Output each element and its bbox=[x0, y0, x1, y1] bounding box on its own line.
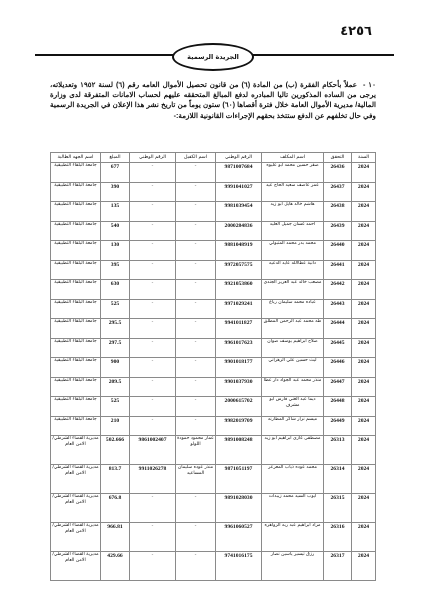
entitlement-cell: 26315 bbox=[324, 494, 352, 523]
year-cell: 2024 bbox=[352, 202, 376, 222]
col-header-year: السنة bbox=[352, 153, 376, 163]
year-cell: 2024 bbox=[352, 299, 376, 319]
year-cell: 2024 bbox=[352, 436, 376, 465]
entitlement-cell: 26436 bbox=[324, 163, 352, 183]
year-cell: 2024 bbox=[352, 182, 376, 202]
table-row: 202426316مراد ابراهيم عبد ربه الزواهره99… bbox=[51, 523, 376, 552]
debtor-name-cell: رزق تيسير ياسين نصار bbox=[262, 552, 324, 581]
year-cell: 2024 bbox=[352, 523, 376, 552]
guarantor-name-cell: منذر عوده سليمان المساعيد bbox=[176, 465, 216, 494]
debtor-name-cell: منذر محمد عبد الجواد دار عطا bbox=[262, 377, 324, 397]
amount-cell: 390 bbox=[101, 182, 130, 202]
entitlement-cell: 26449 bbox=[324, 416, 352, 436]
debtor-name-cell: صقر حسين محمد ابو عليوه bbox=[262, 163, 324, 183]
amount-cell: 210 bbox=[101, 416, 130, 436]
table-row: 202426444طه محمد عبد الرحمن المطلق994101… bbox=[51, 319, 376, 339]
guarantor-name-cell: - bbox=[176, 221, 216, 241]
guarantor-name-cell: - bbox=[176, 299, 216, 319]
debtor-name-cell: احمد غسان جميل العليد bbox=[262, 221, 324, 241]
national-id-cell: 9971029241 bbox=[216, 299, 262, 319]
year-cell: 2024 bbox=[352, 416, 376, 436]
debtor-name-cell: محمد بدر محمد المتبولي bbox=[262, 241, 324, 261]
national-id-cell: 9901037930 bbox=[216, 377, 262, 397]
entitlement-cell: 26317 bbox=[324, 552, 352, 581]
debtor-name-cell: طه محمد عبد الرحمن المطلق bbox=[262, 319, 324, 339]
guarantor-name-cell: - bbox=[176, 397, 216, 417]
col-header-entitlement: التحقق bbox=[324, 153, 352, 163]
national-id-cell: 9881048919 bbox=[216, 241, 262, 261]
claimant-agency-cell: جامعة البلقاء التطبيقية bbox=[51, 241, 101, 261]
entitlement-cell: 26440 bbox=[324, 241, 352, 261]
claimant-agency-cell: مديرية القضاء الشرطي/الامن العام bbox=[51, 523, 101, 552]
debtor-name-cell: محمد عوده ذياب المعرعر bbox=[262, 465, 324, 494]
claimant-agency-cell: جامعة البلقاء التطبيقية bbox=[51, 260, 101, 280]
national-id-cell: 9981039454 bbox=[216, 202, 262, 222]
table-row: 202426436صقر حسين محمد ابو عليوه98710076… bbox=[51, 163, 376, 183]
guarantor-national-id-cell: 9861002407 bbox=[130, 436, 176, 465]
claimant-agency-cell: جامعة البلقاء التطبيقية bbox=[51, 280, 101, 300]
amount-cell: 429.66 bbox=[101, 552, 130, 581]
guarantor-national-id-cell: - bbox=[130, 299, 176, 319]
amount-cell: 813.7 bbox=[101, 465, 130, 494]
debtor-name-cell: عباده محمد سليمان رباع bbox=[262, 299, 324, 319]
entitlement-cell: 26446 bbox=[324, 358, 352, 378]
guarantor-name-cell: - bbox=[176, 202, 216, 222]
year-cell: 2024 bbox=[352, 260, 376, 280]
guarantor-national-id-cell: - bbox=[130, 338, 176, 358]
claimant-agency-cell: جامعة البلقاء التطبيقية bbox=[51, 377, 101, 397]
national-id-cell: 9921053860 bbox=[216, 280, 262, 300]
table-row: 202426439احمد غسان جميل العليد2000284836… bbox=[51, 221, 376, 241]
debtor-name-cell: هاشم خالد هايل ابو زيد bbox=[262, 202, 324, 222]
debtor-name-cell: ليث حسين علي الزهراني bbox=[262, 358, 324, 378]
national-id-cell: 9891008248 bbox=[216, 436, 262, 465]
table-row: 202426438هاشم خالد هايل ابو زيد998103945… bbox=[51, 202, 376, 222]
page-number: ٤٢٥٦ bbox=[340, 24, 372, 39]
claimant-agency-cell: جامعة البلقاء التطبيقية bbox=[51, 182, 101, 202]
year-cell: 2024 bbox=[352, 163, 376, 183]
guarantor-national-id-cell: - bbox=[130, 397, 176, 417]
guarantor-national-id-cell: - bbox=[130, 202, 176, 222]
year-cell: 2024 bbox=[352, 319, 376, 339]
guarantor-national-id-cell: - bbox=[130, 280, 176, 300]
claimant-agency-cell: مديرية القضاء الشرطي/الامن العام bbox=[51, 494, 101, 523]
national-id-cell: 9972057575 bbox=[216, 260, 262, 280]
table-row: 202426443عباده محمد سليمان رباع997102924… bbox=[51, 299, 376, 319]
debtor-name-cell: ديما عبد الغني فارس ابو مشرف bbox=[262, 397, 324, 417]
amount-cell: 900 bbox=[101, 358, 130, 378]
claimant-agency-cell: جامعة البلقاء التطبيقية bbox=[51, 416, 101, 436]
guarantor-national-id-cell: - bbox=[130, 523, 176, 552]
amount-cell: 502.666 bbox=[101, 436, 130, 465]
guarantor-name-cell: - bbox=[176, 338, 216, 358]
notice-item-number: ١٠ - bbox=[363, 80, 376, 89]
guarantor-name-cell: - bbox=[176, 494, 216, 523]
amount-cell: 395 bbox=[101, 260, 130, 280]
claimant-agency-cell: جامعة البلقاء التطبيقية bbox=[51, 358, 101, 378]
table-row: 202426314محمد عوده ذياب المعرعر987105119… bbox=[51, 465, 376, 494]
amount-cell: 525 bbox=[101, 299, 130, 319]
table-row: 202426441دانية عطاالله عايد الدعيه997205… bbox=[51, 260, 376, 280]
guarantor-national-id-cell: - bbox=[130, 377, 176, 397]
entitlement-cell: 26444 bbox=[324, 319, 352, 339]
guarantor-national-id-cell: - bbox=[130, 552, 176, 581]
col-header-national-id: الرقم الوطني bbox=[216, 153, 262, 163]
amount-cell: 677 bbox=[101, 163, 130, 183]
guarantor-name-cell: - bbox=[176, 552, 216, 581]
entitlement-cell: 26316 bbox=[324, 523, 352, 552]
gazette-title: الجريدة الرسمية bbox=[187, 53, 239, 61]
table-row: 202426315ايوب السيد محمد زيبدات989102803… bbox=[51, 494, 376, 523]
national-id-cell: 2000284836 bbox=[216, 221, 262, 241]
guarantor-national-id-cell: - bbox=[130, 241, 176, 261]
year-cell: 2024 bbox=[352, 338, 376, 358]
national-id-cell: 9961017623 bbox=[216, 338, 262, 358]
amount-cell: 630 bbox=[101, 280, 130, 300]
notice-text: عملاً بأحكام الفقرة (ب) من المادة (٦) من… bbox=[50, 80, 376, 120]
table-row: 202426442مصعب خالد عبد العزيز الجندي9921… bbox=[51, 280, 376, 300]
guarantor-name-cell: عمار محمود حمودة اللولو bbox=[176, 436, 216, 465]
guarantor-name-cell: - bbox=[176, 377, 216, 397]
entitlement-cell: 26447 bbox=[324, 377, 352, 397]
debtors-table: السنة التحقق اسم المكلف الرقم الوطني اسم… bbox=[50, 152, 376, 581]
debtor-name-cell: مصعب خالد عبد العزيز الجندي bbox=[262, 280, 324, 300]
amount-cell: 130 bbox=[101, 241, 130, 261]
claimant-agency-cell: جامعة البلقاء التطبيقية bbox=[51, 397, 101, 417]
entitlement-cell: 26313 bbox=[324, 436, 352, 465]
amount-cell: 540 bbox=[101, 221, 130, 241]
amount-cell: 297.5 bbox=[101, 338, 130, 358]
national-id-cell: 9941011827 bbox=[216, 319, 262, 339]
guarantor-national-id-cell: - bbox=[130, 416, 176, 436]
amount-cell: 676.8 bbox=[101, 494, 130, 523]
guarantor-name-cell: - bbox=[176, 280, 216, 300]
claimant-agency-cell: مديرية القضاء الشرطي/الامن العام bbox=[51, 465, 101, 494]
guarantor-name-cell: - bbox=[176, 182, 216, 202]
entitlement-cell: 26442 bbox=[324, 280, 352, 300]
guarantor-national-id-cell: - bbox=[130, 221, 176, 241]
claimant-agency-cell: جامعة البلقاء التطبيقية bbox=[51, 221, 101, 241]
table-row: 202426317رزق تيسير ياسين نصار9741016175-… bbox=[51, 552, 376, 581]
table-row: 202426448ديما عبد الغني فارس ابو مشرف200… bbox=[51, 397, 376, 417]
year-cell: 2024 bbox=[352, 397, 376, 417]
debtor-name-cell: مراد ابراهيم عبد ربه الزواهره bbox=[262, 523, 324, 552]
entitlement-cell: 26437 bbox=[324, 182, 352, 202]
claimant-agency-cell: جامعة البلقاء التطبيقية bbox=[51, 202, 101, 222]
year-cell: 2024 bbox=[352, 358, 376, 378]
guarantor-national-id-cell: - bbox=[130, 182, 176, 202]
table-row: 202426449ميسم نزار شاكر المطارنه99820197… bbox=[51, 416, 376, 436]
debtor-name-cell: مصطفى غازي ابراهيم ابو زيد bbox=[262, 436, 324, 465]
year-cell: 2024 bbox=[352, 552, 376, 581]
claimant-agency-cell: جامعة البلقاء التطبيقية bbox=[51, 163, 101, 183]
year-cell: 2024 bbox=[352, 494, 376, 523]
year-cell: 2024 bbox=[352, 241, 376, 261]
year-cell: 2024 bbox=[352, 377, 376, 397]
table-row: 202426440محمد بدر محمد المتبولي988104891… bbox=[51, 241, 376, 261]
amount-cell: 295.5 bbox=[101, 319, 130, 339]
notice-paragraph: ١٠ - عملاً بأحكام الفقرة (ب) من المادة (… bbox=[50, 80, 376, 121]
debtor-name-cell: عمر عاصف سعيد الحاج عيد bbox=[262, 182, 324, 202]
table-row: 202426445صلاح ابراهيم يوسف صوان996101762… bbox=[51, 338, 376, 358]
guarantor-national-id-cell: - bbox=[130, 163, 176, 183]
national-id-cell: 9871007684 bbox=[216, 163, 262, 183]
guarantor-name-cell: - bbox=[176, 358, 216, 378]
col-header-amount: المبلغ bbox=[101, 153, 130, 163]
guarantor-name-cell: - bbox=[176, 523, 216, 552]
table-row: 202426437عمر عاصف سعيد الحاج عيد99910410… bbox=[51, 182, 376, 202]
debtor-name-cell: دانية عطاالله عايد الدعيه bbox=[262, 260, 324, 280]
guarantor-national-id-cell: - bbox=[130, 319, 176, 339]
debtor-name-cell: ميسم نزار شاكر المطارنه bbox=[262, 416, 324, 436]
guarantor-name-cell: - bbox=[176, 319, 216, 339]
year-cell: 2024 bbox=[352, 465, 376, 494]
debtor-name-cell: ايوب السيد محمد زيبدات bbox=[262, 494, 324, 523]
national-id-cell: 9891028030 bbox=[216, 494, 262, 523]
national-id-cell: 9961060527 bbox=[216, 523, 262, 552]
claimant-agency-cell: جامعة البلقاء التطبيقية bbox=[51, 319, 101, 339]
table-row: 202426446ليث حسين علي الزهراني9901018177… bbox=[51, 358, 376, 378]
amount-cell: 966.81 bbox=[101, 523, 130, 552]
guarantor-national-id-cell: - bbox=[130, 494, 176, 523]
national-id-cell: 9741016175 bbox=[216, 552, 262, 581]
year-cell: 2024 bbox=[352, 221, 376, 241]
year-cell: 2024 bbox=[352, 280, 376, 300]
guarantor-national-id-cell: - bbox=[130, 260, 176, 280]
national-id-cell: 2000615702 bbox=[216, 397, 262, 417]
gazette-title-oval: الجريدة الرسمية bbox=[172, 43, 254, 71]
guarantor-national-id-cell: 9911026278 bbox=[130, 465, 176, 494]
national-id-cell: 9982019709 bbox=[216, 416, 262, 436]
entitlement-cell: 26314 bbox=[324, 465, 352, 494]
claimant-agency-cell: جامعة البلقاء التطبيقية bbox=[51, 299, 101, 319]
table-body: 202426436صقر حسين محمد ابو عليوه98710076… bbox=[51, 163, 376, 581]
guarantor-name-cell: - bbox=[176, 163, 216, 183]
col-header-debtor-name: اسم المكلف bbox=[262, 153, 324, 163]
table-header-row: السنة التحقق اسم المكلف الرقم الوطني اسم… bbox=[51, 153, 376, 163]
claimant-agency-cell: جامعة البلقاء التطبيقية bbox=[51, 338, 101, 358]
entitlement-cell: 26438 bbox=[324, 202, 352, 222]
amount-cell: 525 bbox=[101, 397, 130, 417]
entitlement-cell: 26439 bbox=[324, 221, 352, 241]
entitlement-cell: 26445 bbox=[324, 338, 352, 358]
entitlement-cell: 26448 bbox=[324, 397, 352, 417]
table-row: 202426447منذر محمد عبد الجواد دار عطا990… bbox=[51, 377, 376, 397]
amount-cell: 135 bbox=[101, 202, 130, 222]
claimant-agency-cell: مديرية القضاء الشرطي/الامن العام bbox=[51, 436, 101, 465]
guarantor-name-cell: - bbox=[176, 241, 216, 261]
debtor-name-cell: صلاح ابراهيم يوسف صوان bbox=[262, 338, 324, 358]
entitlement-cell: 26443 bbox=[324, 299, 352, 319]
col-header-claimant-agency: اسم الجهه الطالبة bbox=[51, 153, 101, 163]
col-header-guarantor-name: اسم الكفيل bbox=[176, 153, 216, 163]
guarantor-national-id-cell: - bbox=[130, 358, 176, 378]
national-id-cell: 9871051197 bbox=[216, 465, 262, 494]
claimant-agency-cell: مديرية القضاء الشرطي/الامن العام bbox=[51, 552, 101, 581]
entitlement-cell: 26441 bbox=[324, 260, 352, 280]
table-row: 202426313مصطفى غازي ابراهيم ابو زيد98910… bbox=[51, 436, 376, 465]
guarantor-name-cell: - bbox=[176, 416, 216, 436]
national-id-cell: 9991041027 bbox=[216, 182, 262, 202]
amount-cell: 209.5 bbox=[101, 377, 130, 397]
col-header-guarantor-national-id: الرقم الوطني bbox=[130, 153, 176, 163]
national-id-cell: 9901018177 bbox=[216, 358, 262, 378]
guarantor-name-cell: - bbox=[176, 260, 216, 280]
